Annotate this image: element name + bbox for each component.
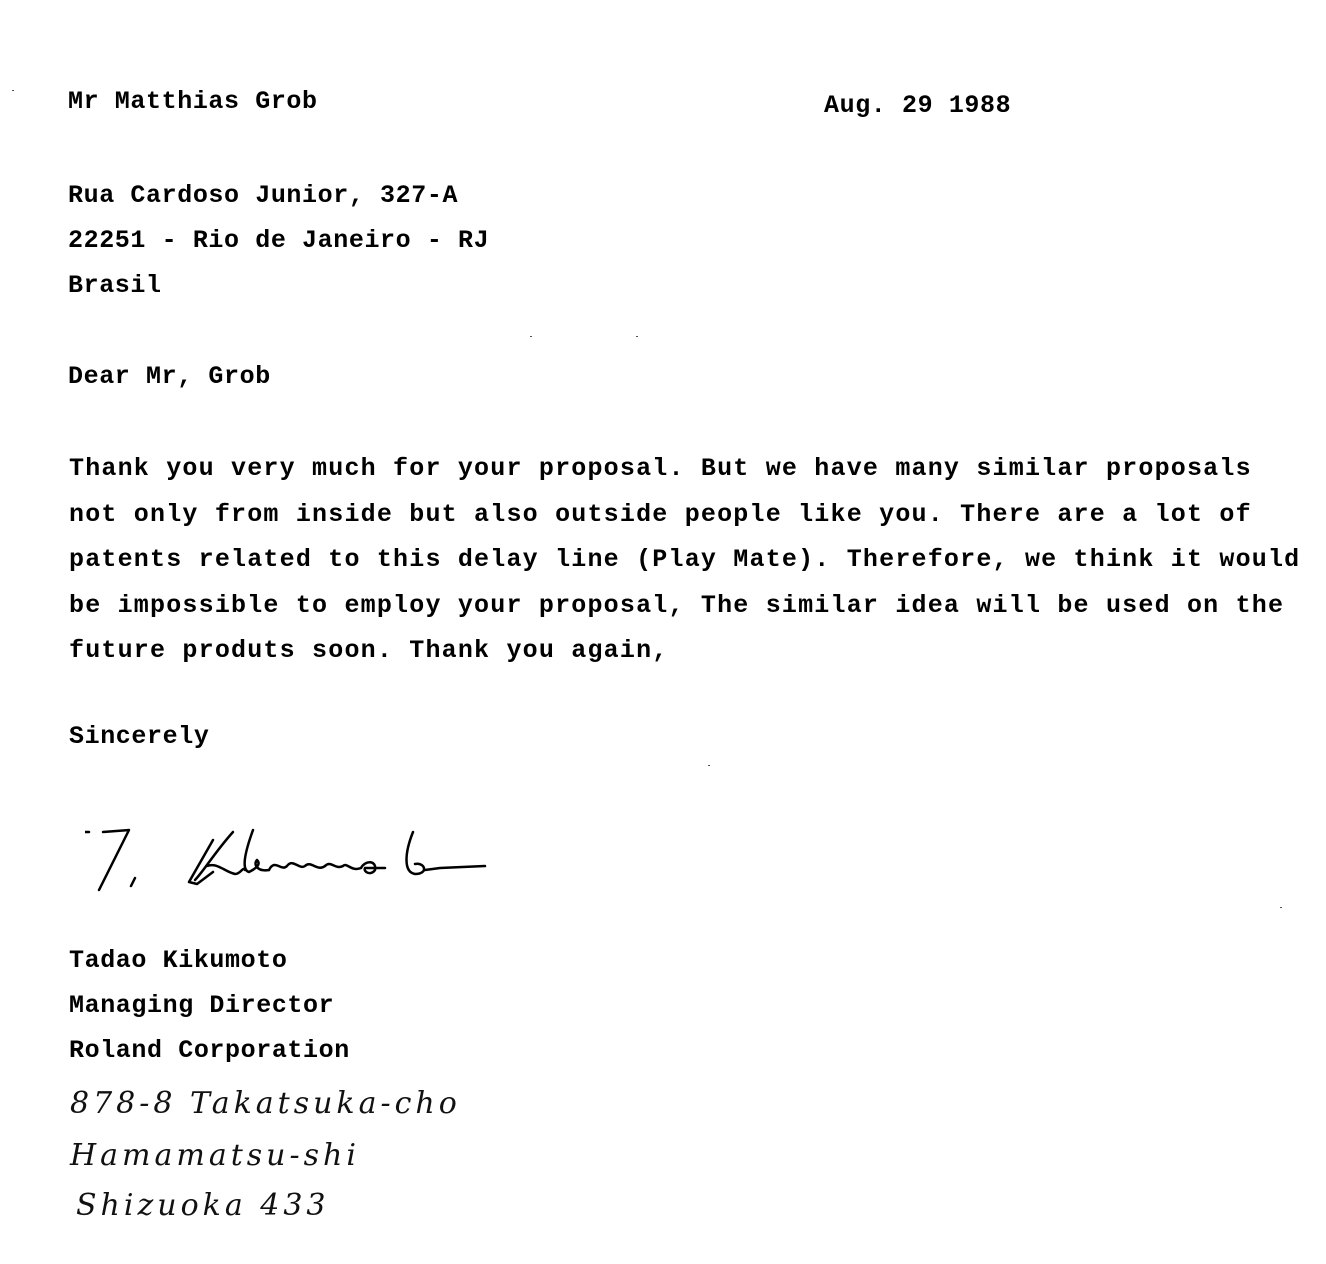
letter-date: Aug. 29 1988 [824,93,1011,118]
recipient-name: Mr Matthias Grob [68,89,318,114]
scan-speck [708,765,710,766]
handwritten-signature [85,822,515,902]
body-line: future produts soon. Thank you again, [69,636,1300,682]
signer-title: Managing Director [69,993,334,1018]
salutation: Dear Mr, Grob [68,364,271,389]
scan-speck [530,336,532,337]
handwritten-address-line-2: Hamamatsu-shi [70,1138,360,1173]
address-line-2: 22251 - Rio de Janeiro - RJ [68,228,489,253]
scan-speck [636,336,638,337]
body-line: Thank you very much for your proposal. B… [69,454,1300,500]
scan-speck [1280,907,1282,908]
body-line: patents related to this delay line (Play… [69,545,1300,591]
letter-body: Thank you very much for your proposal. B… [69,454,1300,682]
body-line: not only from inside but also outside pe… [69,500,1300,546]
address-line-1: Rua Cardoso Junior, 327-A [68,183,458,208]
address-line-3: Brasil [68,273,162,298]
signer-company: Roland Corporation [69,1038,350,1063]
closing: Sincerely [69,724,209,749]
handwritten-address-line-3: Shizuoka 433 [76,1188,330,1223]
handwritten-address-line-1: 878-8 Takatsuka-cho [70,1086,461,1121]
scan-speck [12,90,14,91]
body-line: be impossible to employ your proposal, T… [69,591,1300,637]
signer-name: Tadao Kikumoto [69,948,287,973]
